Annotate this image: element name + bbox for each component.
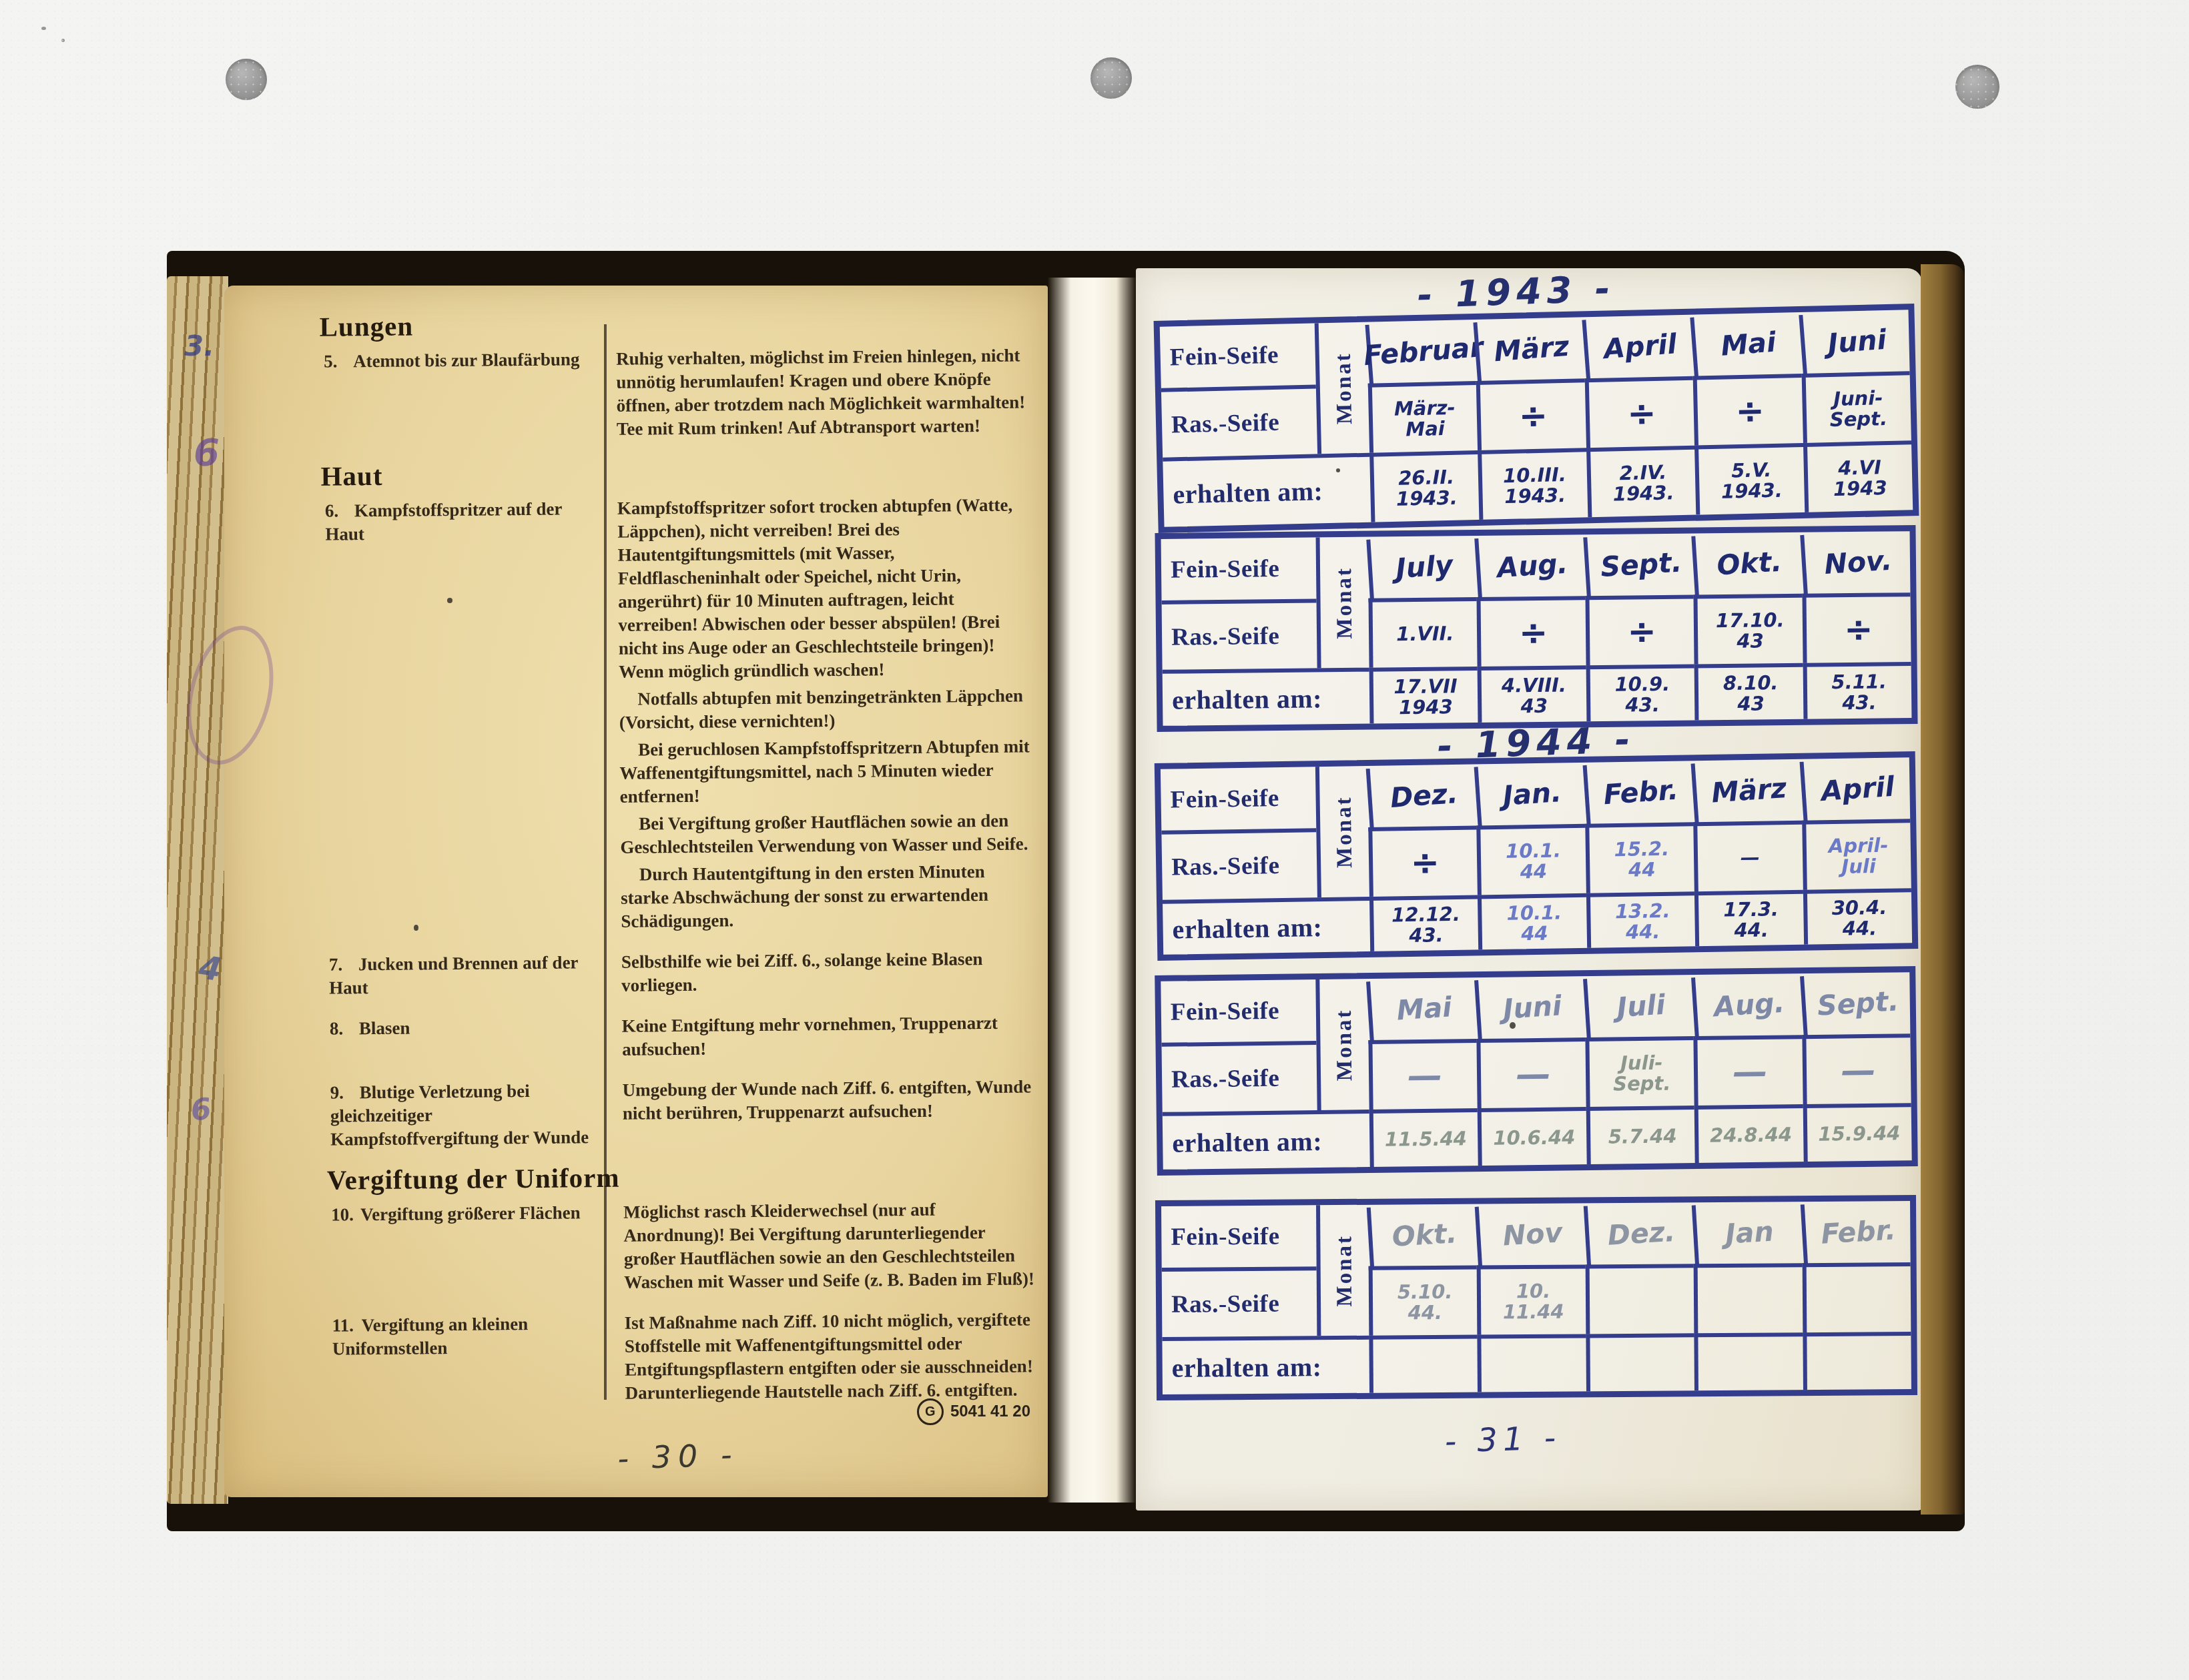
month-cell: Okt. bbox=[1367, 1201, 1479, 1268]
soap-ration-table-1944-dez-apr: Fein-Seife Ras.-Seife Monat erhalten am:… bbox=[1155, 751, 1919, 961]
month-cell: Aug. bbox=[1475, 532, 1587, 600]
ras-entry: ÷ bbox=[1477, 596, 1586, 667]
month-cell: Sept. bbox=[1583, 530, 1695, 598]
item-text: Durch Hautentgiftung in den ersten Minut… bbox=[621, 859, 1034, 933]
received-date: 26.II. 1943. bbox=[1369, 450, 1480, 522]
ras-entry: — bbox=[1477, 1037, 1586, 1108]
item-text: Ruhig verhalten, möglichst im Freien hin… bbox=[616, 344, 1029, 440]
item-label: Blasen bbox=[359, 1018, 410, 1039]
month-cell: Febr. bbox=[1800, 1198, 1912, 1266]
item-text: Bei geruchlosen Kampfstoffspritzern Abtu… bbox=[619, 735, 1032, 808]
book-cover-edge bbox=[1921, 264, 1965, 1515]
margin-mark: 6 bbox=[194, 431, 220, 474]
ras-entry: — bbox=[1802, 1033, 1911, 1104]
item-label: Vergiftung größerer Flächen bbox=[360, 1202, 581, 1224]
item-number: 10. bbox=[331, 1203, 360, 1226]
received-date: 10.9. 43. bbox=[1586, 665, 1694, 722]
ras-entry: 10. 11.44 bbox=[1477, 1264, 1586, 1334]
photocopy-sheet: 3. 6 4 6 Lungen 5.Atemnot bis zur Blaufä… bbox=[0, 0, 2189, 1680]
print-code: G 5041 41 20 bbox=[917, 1398, 1030, 1425]
item-text: Keine Entgiftung mehr vornehmen, Truppen… bbox=[622, 1011, 1035, 1061]
print-code-symbol: G bbox=[917, 1398, 944, 1425]
punch-hole bbox=[226, 59, 267, 100]
received-date: 11.5.44 bbox=[1369, 1108, 1478, 1167]
paper-speck bbox=[414, 925, 418, 931]
ras-entry bbox=[1585, 1264, 1694, 1334]
left-page: Lungen 5.Atemnot bis zur Blaufärbung Ruh… bbox=[224, 286, 1048, 1497]
received-date: 12.12. 43. bbox=[1369, 895, 1479, 951]
item-text: Kampfstoffspritzer sofort trocken abtupf… bbox=[617, 493, 1031, 683]
ras-entry: März- Mai bbox=[1368, 381, 1478, 453]
month-cell: Juni bbox=[1799, 307, 1911, 376]
pen-speck bbox=[41, 27, 46, 30]
monat-label: Monat bbox=[1315, 766, 1369, 897]
erhalten-am-label: erhalten am: bbox=[1162, 1336, 1369, 1394]
item-text: Selbsthilfe wie bei Ziff. 6., solange ke… bbox=[621, 947, 1034, 997]
fein-seife-label: Fein-Seife bbox=[1161, 979, 1316, 1043]
ras-entry: — bbox=[1368, 1039, 1478, 1110]
received-date: 4.VIII. 43 bbox=[1478, 665, 1586, 723]
month-cell: Dez. bbox=[1366, 761, 1478, 830]
month-cell: Juli bbox=[1583, 972, 1695, 1040]
monat-label: Monat bbox=[1316, 537, 1369, 669]
ras-entry: — bbox=[1693, 821, 1803, 892]
ras-entry bbox=[1802, 1262, 1911, 1332]
item-text: Notfalls abtupfen mit benzingetränkten L… bbox=[619, 684, 1032, 734]
ras-entry: 15.2. 44 bbox=[1585, 822, 1694, 893]
received-date: 17.VII 1943 bbox=[1369, 667, 1478, 724]
item-label: Jucken und Brennen auf der Haut bbox=[329, 952, 578, 997]
book-gutter bbox=[1048, 278, 1136, 1503]
month-cell: Febr. bbox=[1582, 758, 1694, 827]
received-date: 10.III. 1943. bbox=[1478, 448, 1588, 520]
fein-seife-label: Fein-Seife bbox=[1161, 1205, 1317, 1268]
ras-entry: ÷ bbox=[1368, 825, 1478, 897]
margin-mark: 3. bbox=[184, 330, 214, 362]
erhalten-am-label: erhalten am: bbox=[1163, 453, 1371, 527]
print-code-number: 5041 41 20 bbox=[950, 1402, 1030, 1421]
erhalten-am-label: erhalten am: bbox=[1163, 668, 1370, 726]
instruction-item-9: 9.Blutige Verletzung bei gleichzeitiger … bbox=[326, 1075, 1035, 1151]
margin-mark: 6 bbox=[189, 1092, 213, 1128]
item-text: Umgebung der Wunde nach Ziff. 6. entgift… bbox=[622, 1075, 1035, 1125]
fein-seife-label: Fein-Seife bbox=[1161, 767, 1316, 831]
received-date bbox=[1803, 1332, 1911, 1390]
ras-entry: ÷ bbox=[1584, 376, 1694, 448]
soap-ration-table-1944-mai-sep: Fein-Seife Ras.-Seife Monat erhalten am:… bbox=[1155, 966, 1918, 1176]
item-number: 11. bbox=[332, 1314, 362, 1337]
soap-ration-table-1943-jul-nov: Fein-Seife Ras.-Seife Monat erhalten am:… bbox=[1155, 525, 1917, 732]
booklet-photo: 3. 6 4 6 Lungen 5.Atemnot bis zur Blaufä… bbox=[167, 251, 1965, 1531]
ras-entry bbox=[1694, 1263, 1803, 1333]
item-text: Bei Vergiftung großer Hautflächen sowie … bbox=[620, 809, 1033, 859]
page-number-30: - 30 - bbox=[597, 1436, 759, 1477]
item-text: Ist Maßnahme nach Ziff. 10 nicht möglich… bbox=[625, 1308, 1038, 1404]
instruction-item-10: 10.Vergiftung größerer Flächen Möglichst… bbox=[327, 1197, 1036, 1300]
month-cell: Jan bbox=[1692, 1199, 1804, 1266]
item-number: 5. bbox=[324, 350, 353, 373]
month-cell: Nov. bbox=[1800, 528, 1912, 596]
ras-entry: Juli- Sept. bbox=[1585, 1036, 1694, 1107]
month-cell: Mai bbox=[1366, 975, 1478, 1043]
ras-seife-label: Ras.-Seife bbox=[1162, 598, 1317, 669]
paper-speck bbox=[1510, 1022, 1516, 1029]
item-label: Blutige Verletzung bei gleichzeitiger Ka… bbox=[330, 1081, 589, 1150]
pen-speck bbox=[61, 39, 65, 42]
punch-hole bbox=[1090, 57, 1132, 99]
received-date: 10.1. 44 bbox=[1478, 893, 1587, 950]
item-number: 6. bbox=[325, 499, 354, 522]
received-date: 8.10. 43 bbox=[1694, 663, 1803, 721]
instruction-item-7: 7.Jucken und Brennen auf der Haut Selbst… bbox=[325, 947, 1034, 1003]
instruction-item-5: 5.Atemnot bis zur Blaufärbung Ruhig verh… bbox=[320, 344, 1029, 447]
item-number: 7. bbox=[329, 953, 358, 976]
soap-ration-table-1944-okt-feb: Fein-Seife Ras.-Seife Monat erhalten am:… bbox=[1155, 1195, 1917, 1400]
instruction-item-11: 11.Vergiftung an kleinen Uniformstellen … bbox=[328, 1308, 1038, 1411]
ras-entry: ÷ bbox=[1585, 595, 1694, 666]
ras-entry: April- Juli bbox=[1802, 819, 1911, 890]
item-number: 9. bbox=[330, 1081, 359, 1104]
soap-ration-table-1943-feb-jun: Fein-Seife Ras.-Seife Monat erhalten am:… bbox=[1154, 304, 1919, 533]
month-cell: Juni bbox=[1474, 973, 1586, 1041]
month-cell: April bbox=[1799, 755, 1911, 823]
left-page-text: Lungen 5.Atemnot bis zur Blaufärbung Ruh… bbox=[319, 305, 1038, 1473]
received-date: 30.4. 44. bbox=[1803, 888, 1912, 945]
received-date: 24.8.44 bbox=[1694, 1104, 1803, 1163]
month-cell: Nov bbox=[1475, 1200, 1587, 1268]
month-cell: Dez. bbox=[1584, 1200, 1696, 1267]
received-date: 15.9.44 bbox=[1803, 1103, 1911, 1162]
ras-seife-label: Ras.-Seife bbox=[1162, 1266, 1317, 1337]
section-heading-lungen: Lungen bbox=[319, 305, 1028, 342]
month-cell: März bbox=[1691, 757, 1803, 825]
page-number-31: - 31 - bbox=[1416, 1418, 1590, 1461]
instruction-item-6: 6.Kampfstoffspritzer auf der Haut Kampfs… bbox=[321, 493, 1034, 939]
erhalten-am-label: erhalten am: bbox=[1163, 1110, 1370, 1170]
ras-entry: 10.1. 44 bbox=[1477, 824, 1586, 895]
ras-entry: 1.VII. bbox=[1369, 597, 1478, 668]
fein-seife-label: Fein-Seife bbox=[1161, 537, 1317, 600]
item-label: Atemnot bis zur Blaufärbung bbox=[353, 349, 580, 371]
paper-speck bbox=[1336, 468, 1340, 472]
ras-entry: ÷ bbox=[1476, 378, 1586, 450]
item-number: 8. bbox=[330, 1017, 359, 1040]
ras-entry: ÷ bbox=[1802, 592, 1911, 663]
received-date: 5.V. 1943. bbox=[1694, 443, 1805, 515]
month-cell: Mai bbox=[1690, 310, 1803, 379]
ras-seife-label: Ras.-Seife bbox=[1161, 828, 1317, 900]
monat-label: Monat bbox=[1315, 322, 1369, 454]
monat-label: Monat bbox=[1315, 979, 1369, 1110]
month-cell: Sept. bbox=[1800, 969, 1912, 1037]
received-date bbox=[1586, 1333, 1694, 1391]
ras-entry: Juni- Sept. bbox=[1801, 371, 1911, 443]
fein-seife-label: Fein-Seife bbox=[1160, 324, 1316, 388]
received-date: 17.3. 44. bbox=[1694, 890, 1804, 947]
erhalten-am-label: erhalten am: bbox=[1163, 897, 1370, 955]
received-date: 5.11. 43. bbox=[1803, 662, 1911, 719]
month-cell: April bbox=[1582, 312, 1694, 382]
item-text: Möglichst rasch Kleiderwechsel (nur auf … bbox=[623, 1197, 1036, 1294]
received-date: 2.IV. 1943. bbox=[1586, 446, 1696, 518]
ras-entry: — bbox=[1694, 1035, 1803, 1106]
punch-hole bbox=[1955, 65, 1999, 109]
received-date bbox=[1694, 1332, 1803, 1390]
monat-label: Monat bbox=[1316, 1205, 1369, 1336]
received-date bbox=[1369, 1335, 1478, 1393]
month-cell: Februar bbox=[1365, 317, 1478, 386]
month-cell: Okt. bbox=[1691, 530, 1803, 598]
month-cell: July bbox=[1366, 533, 1478, 601]
month-cell: März bbox=[1474, 314, 1586, 384]
ras-entry: ÷ bbox=[1693, 374, 1803, 446]
received-date: 10.6.44 bbox=[1478, 1107, 1586, 1166]
ras-entry: 5.10. 44. bbox=[1369, 1266, 1478, 1336]
received-date: 5.7.44 bbox=[1586, 1106, 1694, 1164]
paper-speck bbox=[447, 598, 452, 603]
section-heading-haut: Haut bbox=[320, 454, 1029, 491]
received-date: 13.2. 44. bbox=[1586, 891, 1696, 948]
received-date: 4.VI 1943 bbox=[1803, 440, 1913, 512]
right-page: - 1943 - Fein-Seife Ras.-Seife Monat erh… bbox=[1136, 268, 1922, 1511]
item-label: Kampfstoffspritzer auf der Haut bbox=[325, 499, 562, 544]
instruction-item-8: 8.Blasen Keine Entgiftung mehr vornehmen… bbox=[326, 1011, 1035, 1068]
ras-seife-label: Ras.-Seife bbox=[1161, 1041, 1317, 1112]
received-date bbox=[1478, 1334, 1586, 1392]
section-heading-uniform: Vergiftung der Uniform bbox=[327, 1158, 1036, 1195]
month-cell: Aug. bbox=[1691, 971, 1803, 1039]
ras-seife-label: Ras.-Seife bbox=[1161, 384, 1317, 457]
item-label: Vergiftung an kleinen Uniformstellen bbox=[332, 1314, 528, 1359]
ras-entry: 17.10. 43 bbox=[1694, 594, 1803, 665]
month-cell: Jan. bbox=[1474, 760, 1586, 829]
